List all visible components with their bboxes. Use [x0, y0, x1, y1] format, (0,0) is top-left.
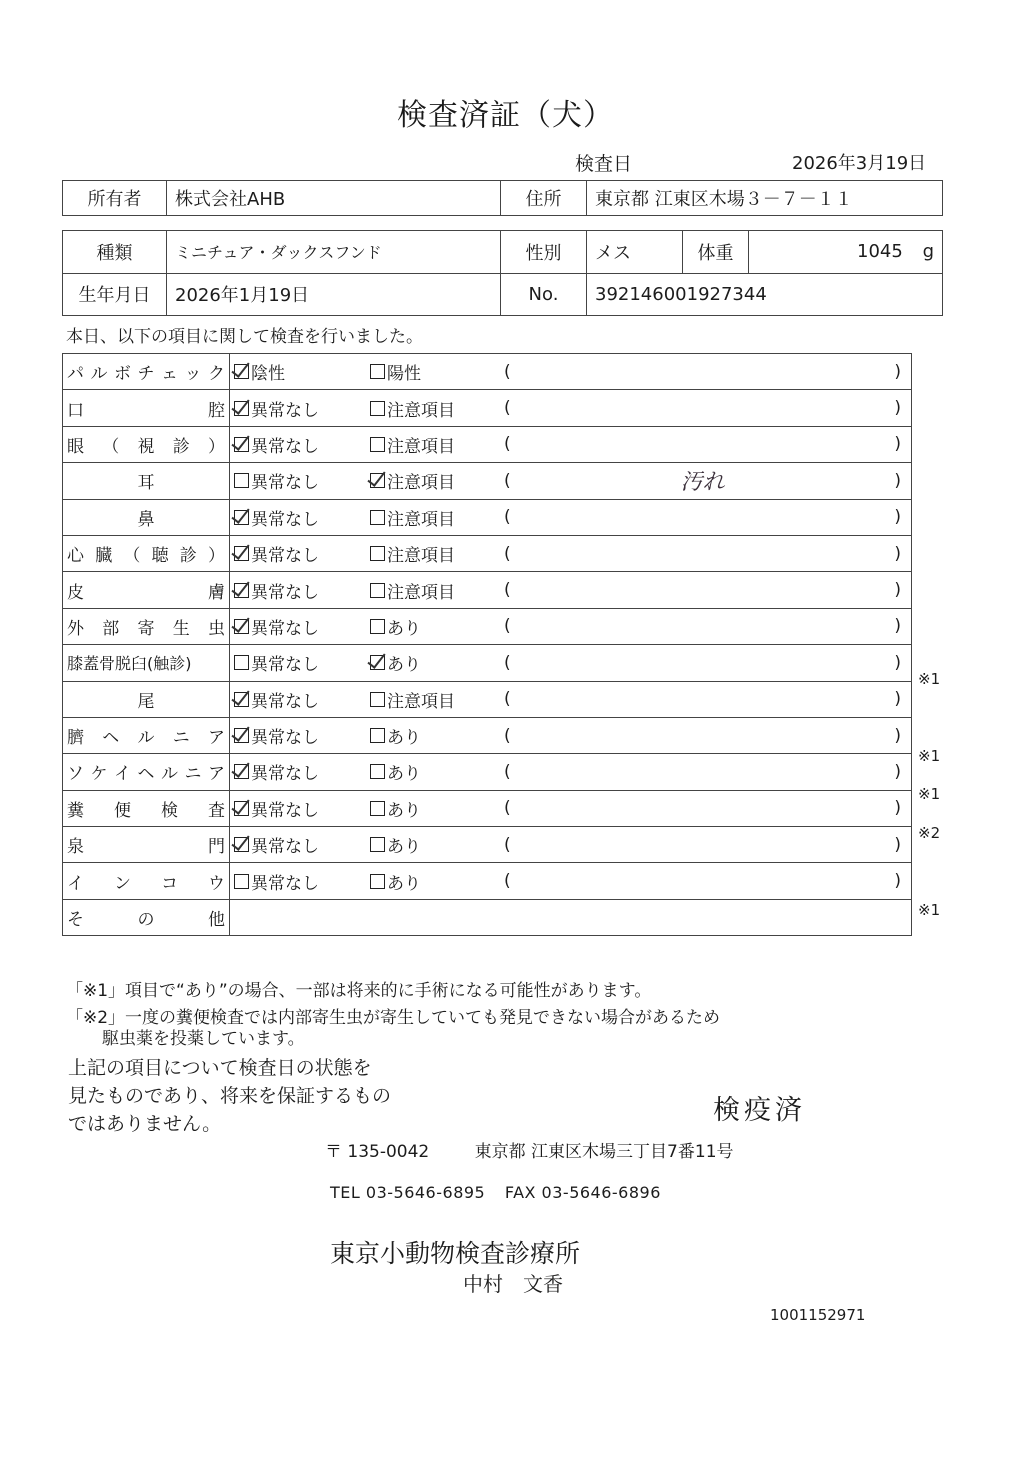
disclaimer: 上記の項目について検査日の状態を 見たものであり、将来を保証するもの ではありま… — [68, 1054, 391, 1138]
exam-row: インコウ異常なしあり() — [63, 863, 912, 899]
breed-value: ミニチュア・ダックスフンド — [167, 231, 501, 274]
other-label: その他 — [67, 905, 225, 930]
exam-row: 外部寄生虫異常なしあり() — [63, 608, 912, 644]
weight-value: 1045 — [857, 241, 903, 262]
clinic-street: 東京都 江東区木場三丁目7番11号 — [475, 1142, 734, 1162]
option-normal[interactable]: 異常なし — [234, 796, 370, 821]
paren-open: ( — [504, 762, 511, 782]
paren-close: ) — [894, 544, 901, 564]
footnote-mark: ※1 — [918, 901, 940, 919]
owner-table: 所有者 株式会社AHB 住所 東京都 江東区木場３－７－１１ — [62, 180, 943, 216]
exam-row: 眼（視診）異常なし注意項目() — [63, 426, 912, 462]
footnote-mark: ※1 — [918, 785, 940, 803]
checkbox-icon[interactable] — [234, 401, 249, 416]
checkbox-icon[interactable] — [234, 583, 249, 598]
birth-value: 2026年1月19日 — [167, 273, 501, 316]
other-value[interactable] — [230, 899, 912, 935]
option-normal[interactable]: 異常なし — [234, 468, 370, 493]
animal-table: 種類 ミニチュア・ダックスフンド 性別 メス 体重 1045 g 生年月日 20… — [62, 230, 943, 316]
option-abnormal[interactable]: 注意項目 — [370, 396, 504, 421]
footnote-mark: ※1 — [918, 670, 940, 688]
exam-row: 鼻異常なし注意項目() — [63, 499, 912, 535]
disclaimer-line1: 上記の項目について検査日の状態を — [68, 1054, 391, 1082]
address-label: 住所 — [501, 181, 587, 216]
checkbox-icon[interactable] — [234, 764, 249, 779]
exam-date-label: 検査日 — [575, 149, 632, 176]
doctor-name: 中村 文香 — [463, 1268, 563, 1297]
clinic-address: 〒 135-0042 東京都 江東区木場三丁目7番11号 — [325, 1137, 734, 1162]
option-normal[interactable]: 異常なし — [234, 832, 370, 857]
address-value: 東京都 江東区木場３－７－１１ — [587, 181, 943, 216]
checkbox-icon[interactable] — [234, 655, 249, 670]
exam-item-label: 泉門 — [67, 832, 225, 857]
clinic-contact: TEL 03-5646-6895 FAX 03-5646-6896 — [330, 1183, 661, 1202]
checkbox-icon[interactable] — [370, 473, 385, 488]
footnote-1: 「※1」項目で“あり”の場合、一部は将来的に手術になる可能性があります。 — [66, 976, 651, 1001]
exam-row: ソケイヘルニア異常なしあり() — [63, 754, 912, 790]
checkbox-icon[interactable] — [234, 874, 249, 889]
paren-open: ( — [504, 689, 511, 709]
exam-item-label: 眼（視診） — [67, 432, 225, 457]
no-label: No. — [501, 273, 587, 316]
checkbox-icon[interactable] — [234, 510, 249, 525]
option-normal[interactable]: 異常なし — [234, 723, 370, 748]
option-normal[interactable]: 異常なし — [234, 432, 370, 457]
owner-value: 株式会社AHB — [167, 181, 501, 216]
paren-close: ) — [894, 689, 901, 709]
checkbox-icon[interactable] — [234, 364, 249, 379]
exam-row: 皮膚異常なし注意項目() — [63, 572, 912, 608]
paren-close: ) — [894, 507, 901, 527]
checkbox-icon[interactable] — [370, 583, 385, 598]
checkbox-icon[interactable] — [370, 364, 385, 379]
option-normal[interactable]: 異常なし — [234, 505, 370, 530]
paren-close: ) — [894, 362, 901, 382]
disclaimer-line3: ではありません。 — [68, 1110, 391, 1138]
paren-close: ) — [894, 398, 901, 418]
checkbox-icon[interactable] — [234, 801, 249, 816]
exam-row: 糞便検査異常なしあり() — [63, 790, 912, 826]
exam-item-label: 皮膚 — [67, 578, 225, 603]
option-abnormal[interactable]: 注意項目 — [370, 505, 504, 530]
checkbox-icon[interactable] — [370, 837, 385, 852]
exam-item-label: 膝蓋骨脱臼(触診) — [67, 651, 225, 674]
sex-value: メス — [587, 231, 683, 274]
exam-item-label: 外部寄生虫 — [67, 614, 225, 639]
exam-row: 膝蓋骨脱臼(触診)異常なしあり() — [63, 645, 912, 681]
option-abnormal[interactable]: 注意項目 — [370, 468, 504, 493]
exam-item-label: 糞便検査 — [67, 796, 225, 821]
option-normal[interactable]: 異常なし — [234, 650, 370, 675]
clinic-name: 東京小動物検査診療所 — [330, 1234, 580, 1270]
paren-open: ( — [504, 726, 511, 746]
exam-item-label: 耳 — [67, 468, 225, 493]
option-abnormal[interactable]: 注意項目 — [370, 541, 504, 566]
paren-close: ) — [894, 798, 901, 818]
paren-open: ( — [504, 616, 511, 636]
no-value: 392146001927344 — [587, 273, 943, 316]
option-abnormal[interactable]: あり — [370, 832, 504, 857]
exam-row-other: その他 — [63, 899, 912, 935]
exam-row: 泉門異常なしあり() — [63, 827, 912, 863]
exam-item-label: 心臓（聴診） — [67, 541, 225, 566]
paren-open: ( — [504, 507, 511, 527]
checkbox-icon[interactable] — [234, 837, 249, 852]
exam-row: 尾異常なし注意項目() — [63, 681, 912, 717]
checkbox-icon[interactable] — [370, 801, 385, 816]
checkbox-icon[interactable] — [234, 546, 249, 561]
footnote-2-line2: 駆虫薬を投薬しています。 — [102, 1024, 305, 1049]
option-normal[interactable]: 異常なし — [234, 869, 370, 894]
weight-cell: 1045 g — [749, 231, 943, 274]
paren-open: ( — [504, 835, 511, 855]
option-normal[interactable]: 異常なし — [234, 759, 370, 784]
option-abnormal[interactable]: 注意項目 — [370, 432, 504, 457]
quarantine-stamp: 検疫済 — [713, 1088, 806, 1127]
birth-label: 生年月日 — [63, 273, 167, 316]
option-abnormal[interactable]: 注意項目 — [370, 578, 504, 603]
option-normal[interactable]: 異常なし — [234, 614, 370, 639]
weight-unit: g — [923, 241, 934, 262]
checkbox-icon[interactable] — [370, 655, 385, 670]
exam-row: 心臓（聴診）異常なし注意項目() — [63, 535, 912, 571]
exam-row: 口腔異常なし注意項目() — [63, 390, 912, 426]
paren-open: ( — [504, 471, 511, 491]
clinic-tel: TEL 03-5646-6895 — [330, 1183, 485, 1202]
paren-open: ( — [504, 362, 511, 382]
serial-number: 1001152971 — [770, 1306, 865, 1324]
checkbox-icon[interactable] — [234, 692, 249, 707]
weight-label: 体重 — [683, 231, 749, 274]
exam-note[interactable]: 汚れ — [511, 465, 895, 496]
clinic-zip: 〒 135-0042 — [325, 1142, 429, 1162]
owner-label: 所有者 — [63, 181, 167, 216]
exam-item-label: 鼻 — [67, 505, 225, 530]
exam-item-label: パルボチェック — [67, 359, 225, 384]
footnote-mark: ※2 — [918, 824, 940, 842]
exam-item-label: 尾 — [67, 687, 225, 712]
paren-close: ) — [894, 580, 901, 600]
paren-open: ( — [504, 544, 511, 564]
paren-close: ) — [894, 653, 901, 673]
checkbox-icon[interactable] — [234, 728, 249, 743]
option-abnormal[interactable]: あり — [370, 650, 504, 675]
disclaimer-line2: 見たものであり、将来を保証するもの — [68, 1082, 391, 1110]
exam-item-label: インコウ — [67, 869, 225, 894]
paren-open: ( — [504, 798, 511, 818]
intro-text: 本日、以下の項目に関して検査を行いました。 — [66, 322, 423, 347]
paren-close: ) — [894, 762, 901, 782]
document-title: 検査済証（犬） — [0, 90, 1011, 134]
option-abnormal[interactable]: あり — [370, 869, 504, 894]
checkbox-icon[interactable] — [370, 728, 385, 743]
paren-close: ) — [894, 471, 901, 491]
footnote-mark: ※1 — [918, 747, 940, 765]
option-normal[interactable]: 異常なし — [234, 578, 370, 603]
exam-row: 耳異常なし注意項目(汚れ) — [63, 463, 912, 499]
exam-item-label: 口腔 — [67, 396, 225, 421]
paren-open: ( — [504, 871, 511, 891]
exam-row: パルボチェック陰性陽性() — [63, 354, 912, 390]
checkbox-icon[interactable] — [370, 546, 385, 561]
checkbox-icon[interactable] — [370, 437, 385, 452]
exam-table: パルボチェック陰性陽性()口腔異常なし注意項目()眼（視診）異常なし注意項目()… — [62, 353, 912, 936]
checkbox-icon[interactable] — [370, 401, 385, 416]
checkbox-icon[interactable] — [234, 619, 249, 634]
paren-open: ( — [504, 434, 511, 454]
option-normal[interactable]: 異常なし — [234, 687, 370, 712]
paren-close: ) — [894, 871, 901, 891]
checkbox-icon[interactable] — [370, 692, 385, 707]
paren-open: ( — [504, 580, 511, 600]
breed-label: 種類 — [63, 231, 167, 274]
option-normal[interactable]: 異常なし — [234, 541, 370, 566]
paren-open: ( — [504, 398, 511, 418]
exam-item-label: 臍ヘルニア — [67, 723, 225, 748]
checkbox-icon[interactable] — [370, 764, 385, 779]
paren-close: ) — [894, 616, 901, 636]
sex-label: 性別 — [501, 231, 587, 274]
exam-item-label: ソケイヘルニア — [67, 759, 225, 784]
option-abnormal[interactable]: あり — [370, 723, 504, 748]
paren-close: ) — [894, 726, 901, 746]
option-normal[interactable]: 異常なし — [234, 396, 370, 421]
clinic-fax: FAX 03-5646-6896 — [505, 1183, 661, 1202]
paren-close: ) — [894, 434, 901, 454]
option-normal[interactable]: 陰性 — [234, 359, 370, 384]
paren-open: ( — [504, 653, 511, 673]
option-abnormal[interactable]: あり — [370, 614, 504, 639]
exam-row: 臍ヘルニア異常なしあり() — [63, 717, 912, 753]
checkbox-icon[interactable] — [370, 619, 385, 634]
option-abnormal[interactable]: あり — [370, 796, 504, 821]
paren-close: ) — [894, 835, 901, 855]
option-abnormal[interactable]: あり — [370, 759, 504, 784]
option-abnormal[interactable]: 注意項目 — [370, 687, 504, 712]
exam-date-value: 2026年3月19日 — [792, 149, 926, 175]
checkbox-icon[interactable] — [234, 473, 249, 488]
checkbox-icon[interactable] — [370, 874, 385, 889]
option-abnormal[interactable]: 陽性 — [370, 359, 504, 384]
checkbox-icon[interactable] — [370, 510, 385, 525]
checkbox-icon[interactable] — [234, 437, 249, 452]
